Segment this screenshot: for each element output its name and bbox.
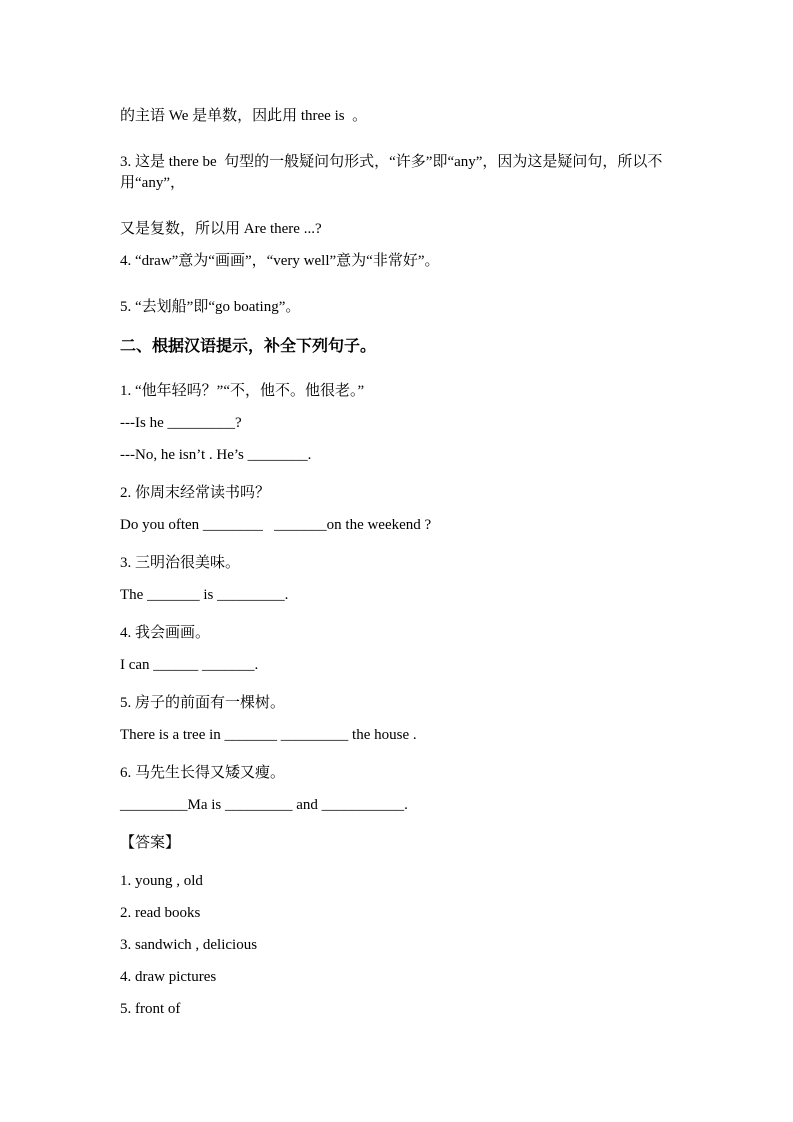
explanation-line: 3. 这是 there be 句型的一般疑问句形式，“许多”即“any”，因为这…: [120, 152, 681, 194]
answer-line: 4. draw pictures: [120, 967, 681, 988]
question-line: 2. 你周末经常读书吗？: [120, 483, 681, 504]
answer-line: 5. front of: [120, 999, 681, 1020]
blank-line: I can ______ _______.: [120, 655, 681, 676]
document-page: 的主语 We 是单数，因此用 three is 。 3. 这是 there be…: [0, 0, 793, 1122]
answer-line: 3. sandwich , delicious: [120, 935, 681, 956]
question-line: 6. 马先生长得又矮又瘦。: [120, 763, 681, 784]
blank-line: There is a tree in _______ _________ the…: [120, 725, 681, 746]
section-heading: 二、根据汉语提示，补全下列句子。: [120, 335, 681, 356]
question-line: 1. “他年轻吗？”“不，他不。他很老。”: [120, 381, 681, 402]
blank-line: _________Ma is _________ and ___________…: [120, 795, 681, 816]
explanation-line: 又是复数，所以用 Are there ...?: [120, 219, 681, 240]
blank-line: ---No, he isn’t . He’s ________.: [120, 445, 681, 466]
answers-header: 【答案】: [120, 833, 681, 854]
question-line: 3. 三明治很美味。: [120, 553, 681, 574]
blank-line: Do you often ________ _______on the week…: [120, 515, 681, 536]
blank-line: The _______ is _________.: [120, 585, 681, 606]
answer-line: 2. read books: [120, 903, 681, 924]
question-line: 4. 我会画画。: [120, 623, 681, 644]
explanation-line: 的主语 We 是单数，因此用 three is 。: [120, 106, 681, 127]
explanation-line: 4. “draw”意为“画画”，“very well”意为“非常好”。: [120, 251, 681, 272]
answer-line: 1. young , old: [120, 871, 681, 892]
explanation-line: 5. “去划船”即“go boating”。: [120, 297, 681, 318]
blank-line: ---Is he _________?: [120, 413, 681, 434]
question-line: 5. 房子的前面有一棵树。: [120, 693, 681, 714]
